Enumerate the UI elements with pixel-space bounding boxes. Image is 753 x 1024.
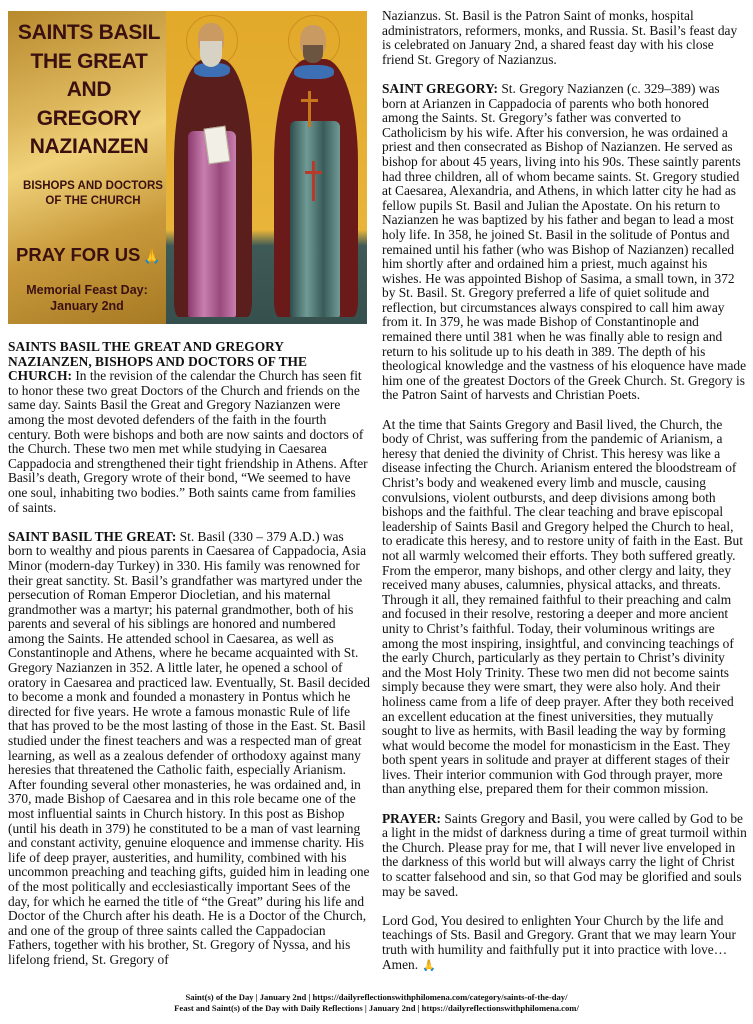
basil-continued-paragraph: Nazianzus. St. Basil is the Patron Saint… bbox=[382, 9, 747, 67]
footer-line-daily-reflections: Feast and Saint(s) of the Day with Daily… bbox=[0, 1003, 753, 1014]
footer-line-saints-of-day: Saint(s) of the Day | January 2nd | http… bbox=[0, 992, 753, 1003]
gregory-body: St. Gregory Nazianzen (c. 329–389) was b… bbox=[382, 81, 746, 402]
page-footer: Saint(s) of the Day | January 2nd | http… bbox=[0, 992, 753, 1014]
intro-paragraph: SAINTS BASIL THE GREAT AND GREGORY NAZIA… bbox=[8, 340, 370, 515]
banner-feast-day: Memorial Feast Day: January 2nd bbox=[8, 282, 166, 314]
praying-hands-icon: 🙏 bbox=[422, 960, 436, 972]
prayer-heading: PRAYER: bbox=[382, 811, 441, 826]
intro-body: In the revision of the calendar the Chur… bbox=[8, 368, 368, 514]
closing-prayer-paragraph: Lord God, You desired to enlighten Your … bbox=[382, 914, 747, 973]
banner-pray-for-us: PRAY FOR US🙏 bbox=[16, 244, 161, 266]
right-text-column: Nazianzus. St. Basil is the Patron Saint… bbox=[382, 9, 747, 988]
basil-paragraph: SAINT BASIL THE GREAT: St. Basil (330 – … bbox=[8, 530, 370, 968]
saint-basil-figure bbox=[166, 11, 266, 324]
basil-heading: SAINT BASIL THE GREAT: bbox=[8, 529, 176, 544]
gregory-paragraph: SAINT GREGORY: St. Gregory Nazianzen (c.… bbox=[382, 82, 747, 403]
praying-hands-icon: 🙏 bbox=[143, 248, 160, 264]
banner-subtitle: BISHOPS AND DOCTORS OF THE CHURCH bbox=[8, 179, 178, 208]
banner-title: SAINTS BASIL THE GREAT AND GREGORY NAZIA… bbox=[8, 19, 170, 162]
saints-banner-image: SAINTS BASIL THE GREAT AND GREGORY NAZIA… bbox=[8, 11, 367, 324]
left-text-column: SAINTS BASIL THE GREAT AND GREGORY NAZIA… bbox=[8, 340, 370, 982]
gregory-heading: SAINT GREGORY: bbox=[382, 81, 498, 96]
basil-body: St. Basil (330 – 379 A.D.) was born to w… bbox=[8, 529, 370, 967]
prayer-paragraph: PRAYER: Saints Gregory and Basil, you we… bbox=[382, 812, 747, 900]
icon-painting bbox=[166, 11, 367, 324]
saint-gregory-figure bbox=[268, 11, 367, 324]
arianism-paragraph: At the time that Saints Gregory and Basi… bbox=[382, 418, 747, 797]
